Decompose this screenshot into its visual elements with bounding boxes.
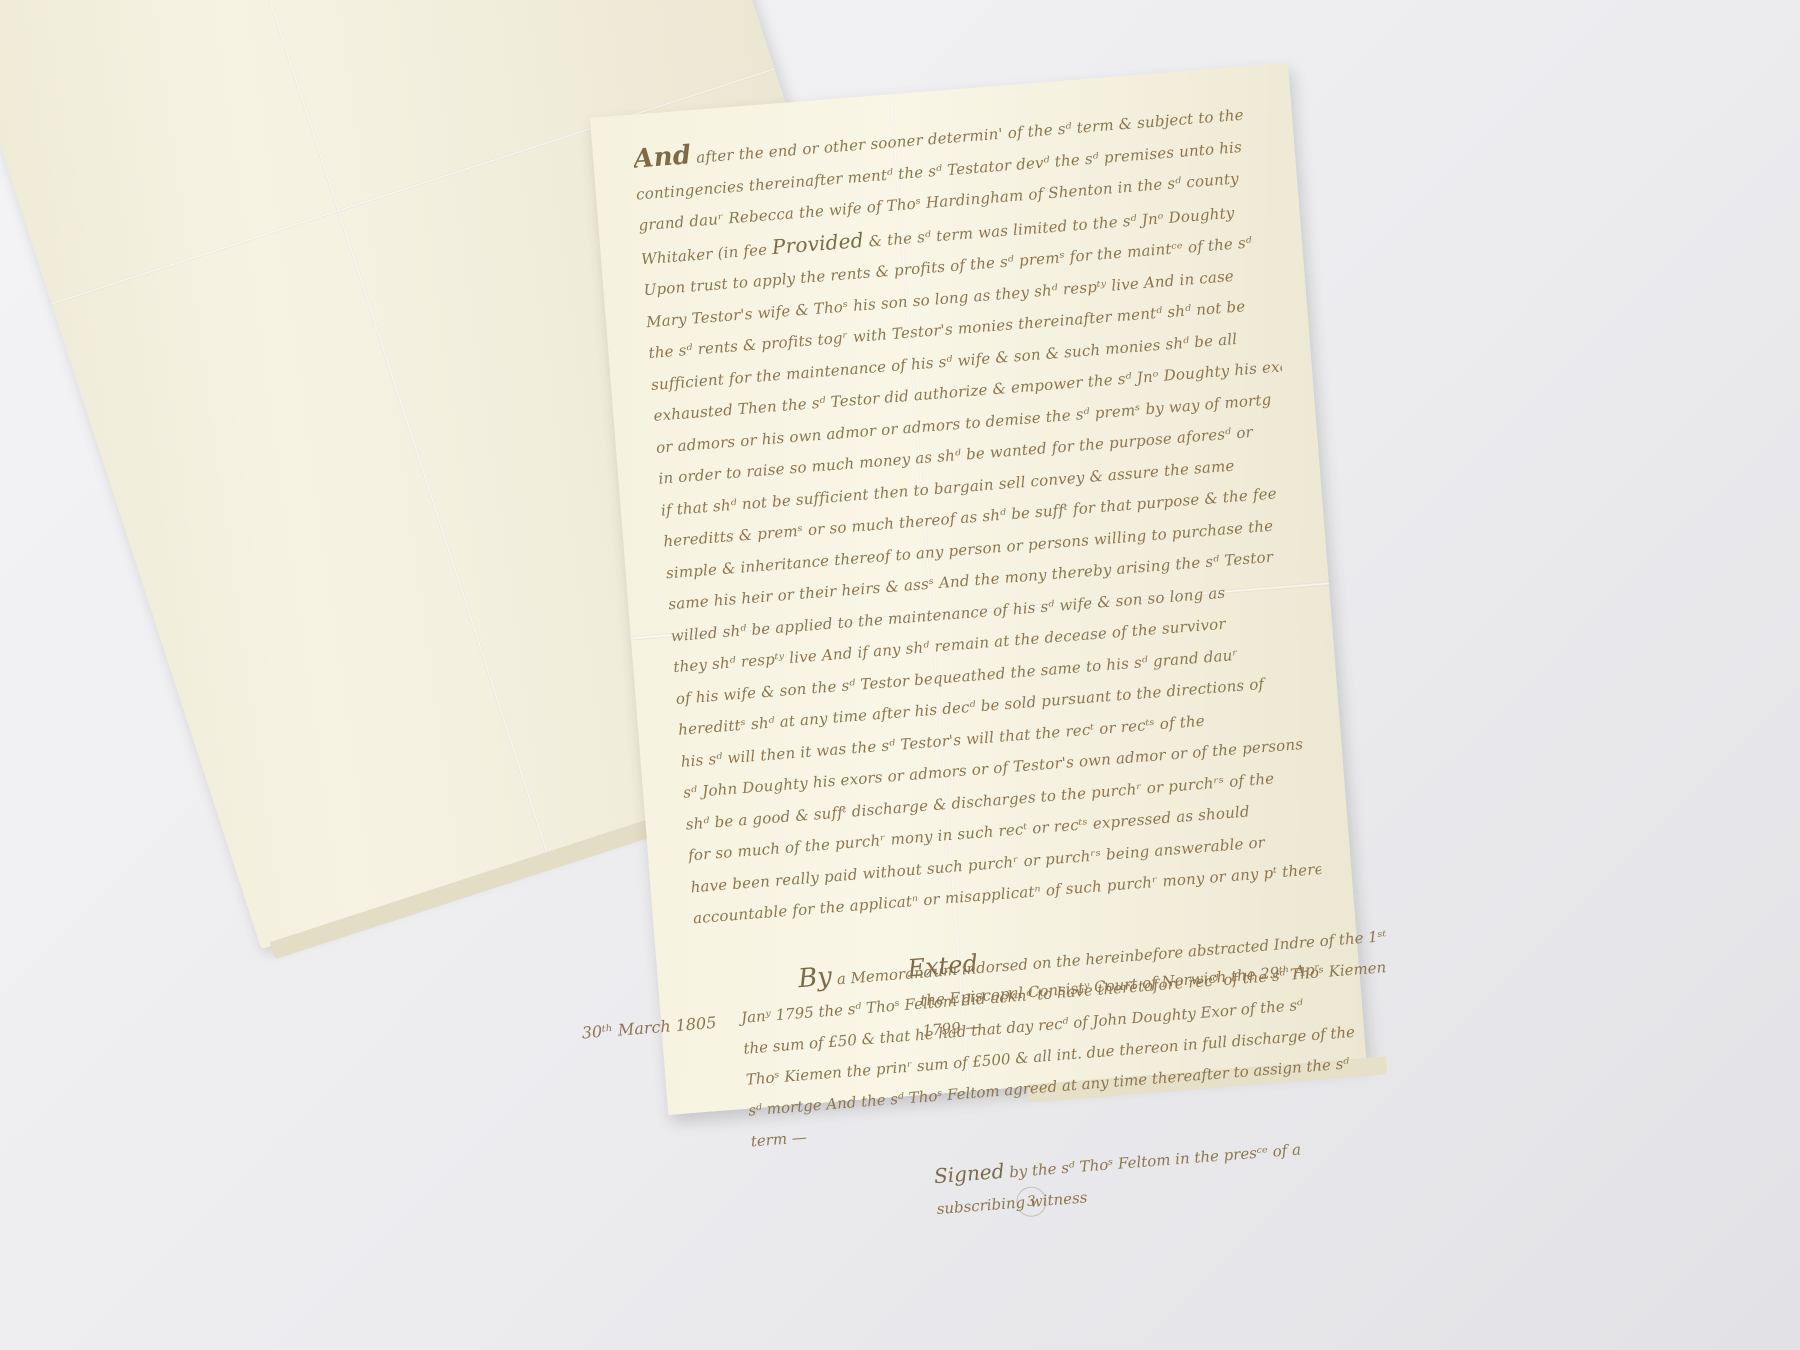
initial-word: By: [797, 962, 833, 995]
memorandum: 30ᵗʰ March 1805 By a Memorandum indorsed…: [648, 921, 1367, 1246]
fold-crease: [225, 0, 549, 856]
photo-scene: And after the end or other sooner determ…: [0, 0, 1800, 1350]
memorandum-layer: 30ᵗʰ March 1805 By a Memorandum indorsed…: [590, 63, 1366, 1115]
